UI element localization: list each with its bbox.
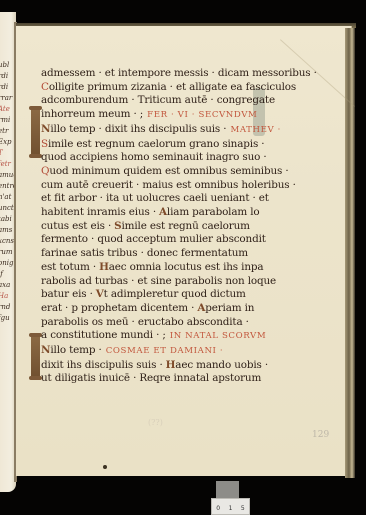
gray-color-card [216, 481, 239, 498]
line-text: uod minimum quidem est omnibus seminibus… [49, 165, 288, 177]
manuscript-line: habitent inramis eius ·Aliam parabolam l… [41, 206, 266, 220]
decorated-initial-I-bottom [31, 335, 40, 380]
line-text: fermento · quod acceptum mulier abscondi… [41, 233, 266, 245]
manuscript-line: cutus est eis ·Simile est regnū caelorum [41, 220, 266, 234]
line-text: ut diligatis inuicē · Reqre innatal apst… [41, 372, 261, 384]
line-text: illo temp · [50, 344, 101, 356]
line-text: periam in [205, 302, 254, 314]
line-text: inhorreum meum · ; [41, 108, 143, 120]
initial-letter: S [114, 220, 121, 232]
manuscript-line: est totum ·Haec omnia locutus est ihs in… [41, 261, 266, 275]
manuscript-line: batur eis ·Vt adimpleretur quod dictum [41, 288, 266, 302]
initial-letter: N [41, 344, 50, 356]
line-text: est totum · [41, 261, 96, 273]
ink-spot [103, 465, 107, 469]
line-text: rabolis ad turbas · et sine parabolis no… [41, 275, 276, 287]
scale-tick: 5 [241, 505, 245, 512]
manuscript-text-block: admessem · et intempore messis · dicam m… [41, 67, 266, 386]
line-text: cutus est eis · [41, 220, 111, 232]
decorated-initial-I-top [31, 108, 40, 158]
line-text: adcomburendum · Triticum autē · congrega… [41, 94, 275, 106]
line-text: t adimpleretur quod dictum [104, 288, 246, 300]
initial-letter: A [159, 206, 167, 218]
initial-letter: C [41, 81, 49, 93]
line-text: aec omnia locutus est ihs inpa [109, 261, 264, 273]
initial-letter: N [41, 123, 50, 135]
scale-bar: 0 1 5 [211, 498, 250, 515]
scale-tick: 0 [216, 505, 220, 512]
manuscript-line: Nillo temp ·COSMAE ET DAMIANI · [41, 344, 266, 359]
line-text: admessem · et intempore messis · dicam m… [41, 67, 317, 79]
scale-tick: 1 [229, 505, 233, 512]
manuscript-line: farinae satis tribus · donec fermentatum [41, 247, 266, 261]
line-text: liam parabolam lo [167, 206, 260, 218]
line-text: imile est regnū caelorum [122, 220, 250, 232]
initial-letter: S [41, 138, 48, 150]
initial-letter: H [99, 261, 109, 273]
line-text: aec mando uobis · [175, 359, 268, 371]
manuscript-line: fermento · quod acceptum mulier abscondi… [41, 233, 266, 247]
line-text: farinae satis tribus · donec fermentatum [41, 247, 248, 259]
line-text: habitent inramis eius · [41, 206, 156, 218]
manuscript-line: Quod minimum quidem est omnibus seminibu… [41, 165, 266, 179]
initial-letter: H [166, 359, 176, 371]
folio-fore-edge [345, 28, 355, 478]
manuscript-line: adcomburendum · Triticum autē · congrega… [41, 94, 266, 108]
manuscript-line: quod accipiens homo seminauit inagro suo… [41, 151, 266, 165]
manuscript-line: Colligite primum zizania · et alligate e… [41, 81, 266, 95]
manuscript-line: inhorreum meum · ;FER · VI · SECVNDVM [41, 108, 266, 123]
line-text: et fit arbor · ita ut uolucres caeli uen… [41, 192, 269, 204]
manuscript-line: parabolis os meū · eructabo abscondita · [41, 316, 266, 330]
faint-mark: (??) [148, 418, 163, 427]
rubric: FER · VI · SECVNDVM [147, 110, 257, 120]
initial-letter: V [96, 288, 104, 300]
manuscript-line: et fit arbor · ita ut uolucres caeli uen… [41, 192, 266, 206]
folio-number: 129 [312, 430, 329, 440]
manuscript-line: admessem · et intempore messis · dicam m… [41, 67, 266, 81]
line-text: cum autē creuerit · maius est omnibus ho… [41, 179, 296, 191]
line-text: a constitutione mundi · ; [41, 329, 166, 341]
line-text: quod accipiens homo seminauit inagro suo… [41, 151, 267, 163]
line-text: olligite primum zizania · et alligate ea… [49, 81, 296, 93]
rubric: MATHEV · [230, 125, 281, 135]
manuscript-line: erat · p prophetam dicentem ·Aperiam in [41, 302, 266, 316]
line-text: imile est regnum caelorum grano sinapis … [48, 138, 264, 150]
rubric: COSMAE ET DAMIANI · [106, 346, 224, 356]
manuscript-line: Nillo temp · dixit ihs discipulis suis ·… [41, 123, 266, 138]
manuscript-line: cum autē creuerit · maius est omnibus ho… [41, 179, 266, 193]
manuscript-line: ut diligatis inuicē · Reqre innatal apst… [41, 372, 266, 386]
manuscript-line: Simile est regnum caelorum grano sinapis… [41, 138, 266, 152]
rubric: IN NATAL SCORVM [170, 331, 267, 341]
line-text: erat · p prophetam dicentem · [41, 302, 194, 314]
line-text: parabolis os meū · eructabo abscondita · [41, 316, 249, 328]
manuscript-line: dixit ihs discipulis suis ·Haec mando uo… [41, 359, 266, 373]
line-text: dixit ihs discipulis suis · [41, 359, 163, 371]
line-text: illo temp · dixit ihs discipulis suis · [50, 123, 226, 135]
line-text: batur eis · [41, 288, 93, 300]
manuscript-line: a constitutione mundi · ;IN NATAL SCORVM [41, 329, 266, 344]
manuscript-line: rabolis ad turbas · et sine parabolis no… [41, 275, 266, 289]
